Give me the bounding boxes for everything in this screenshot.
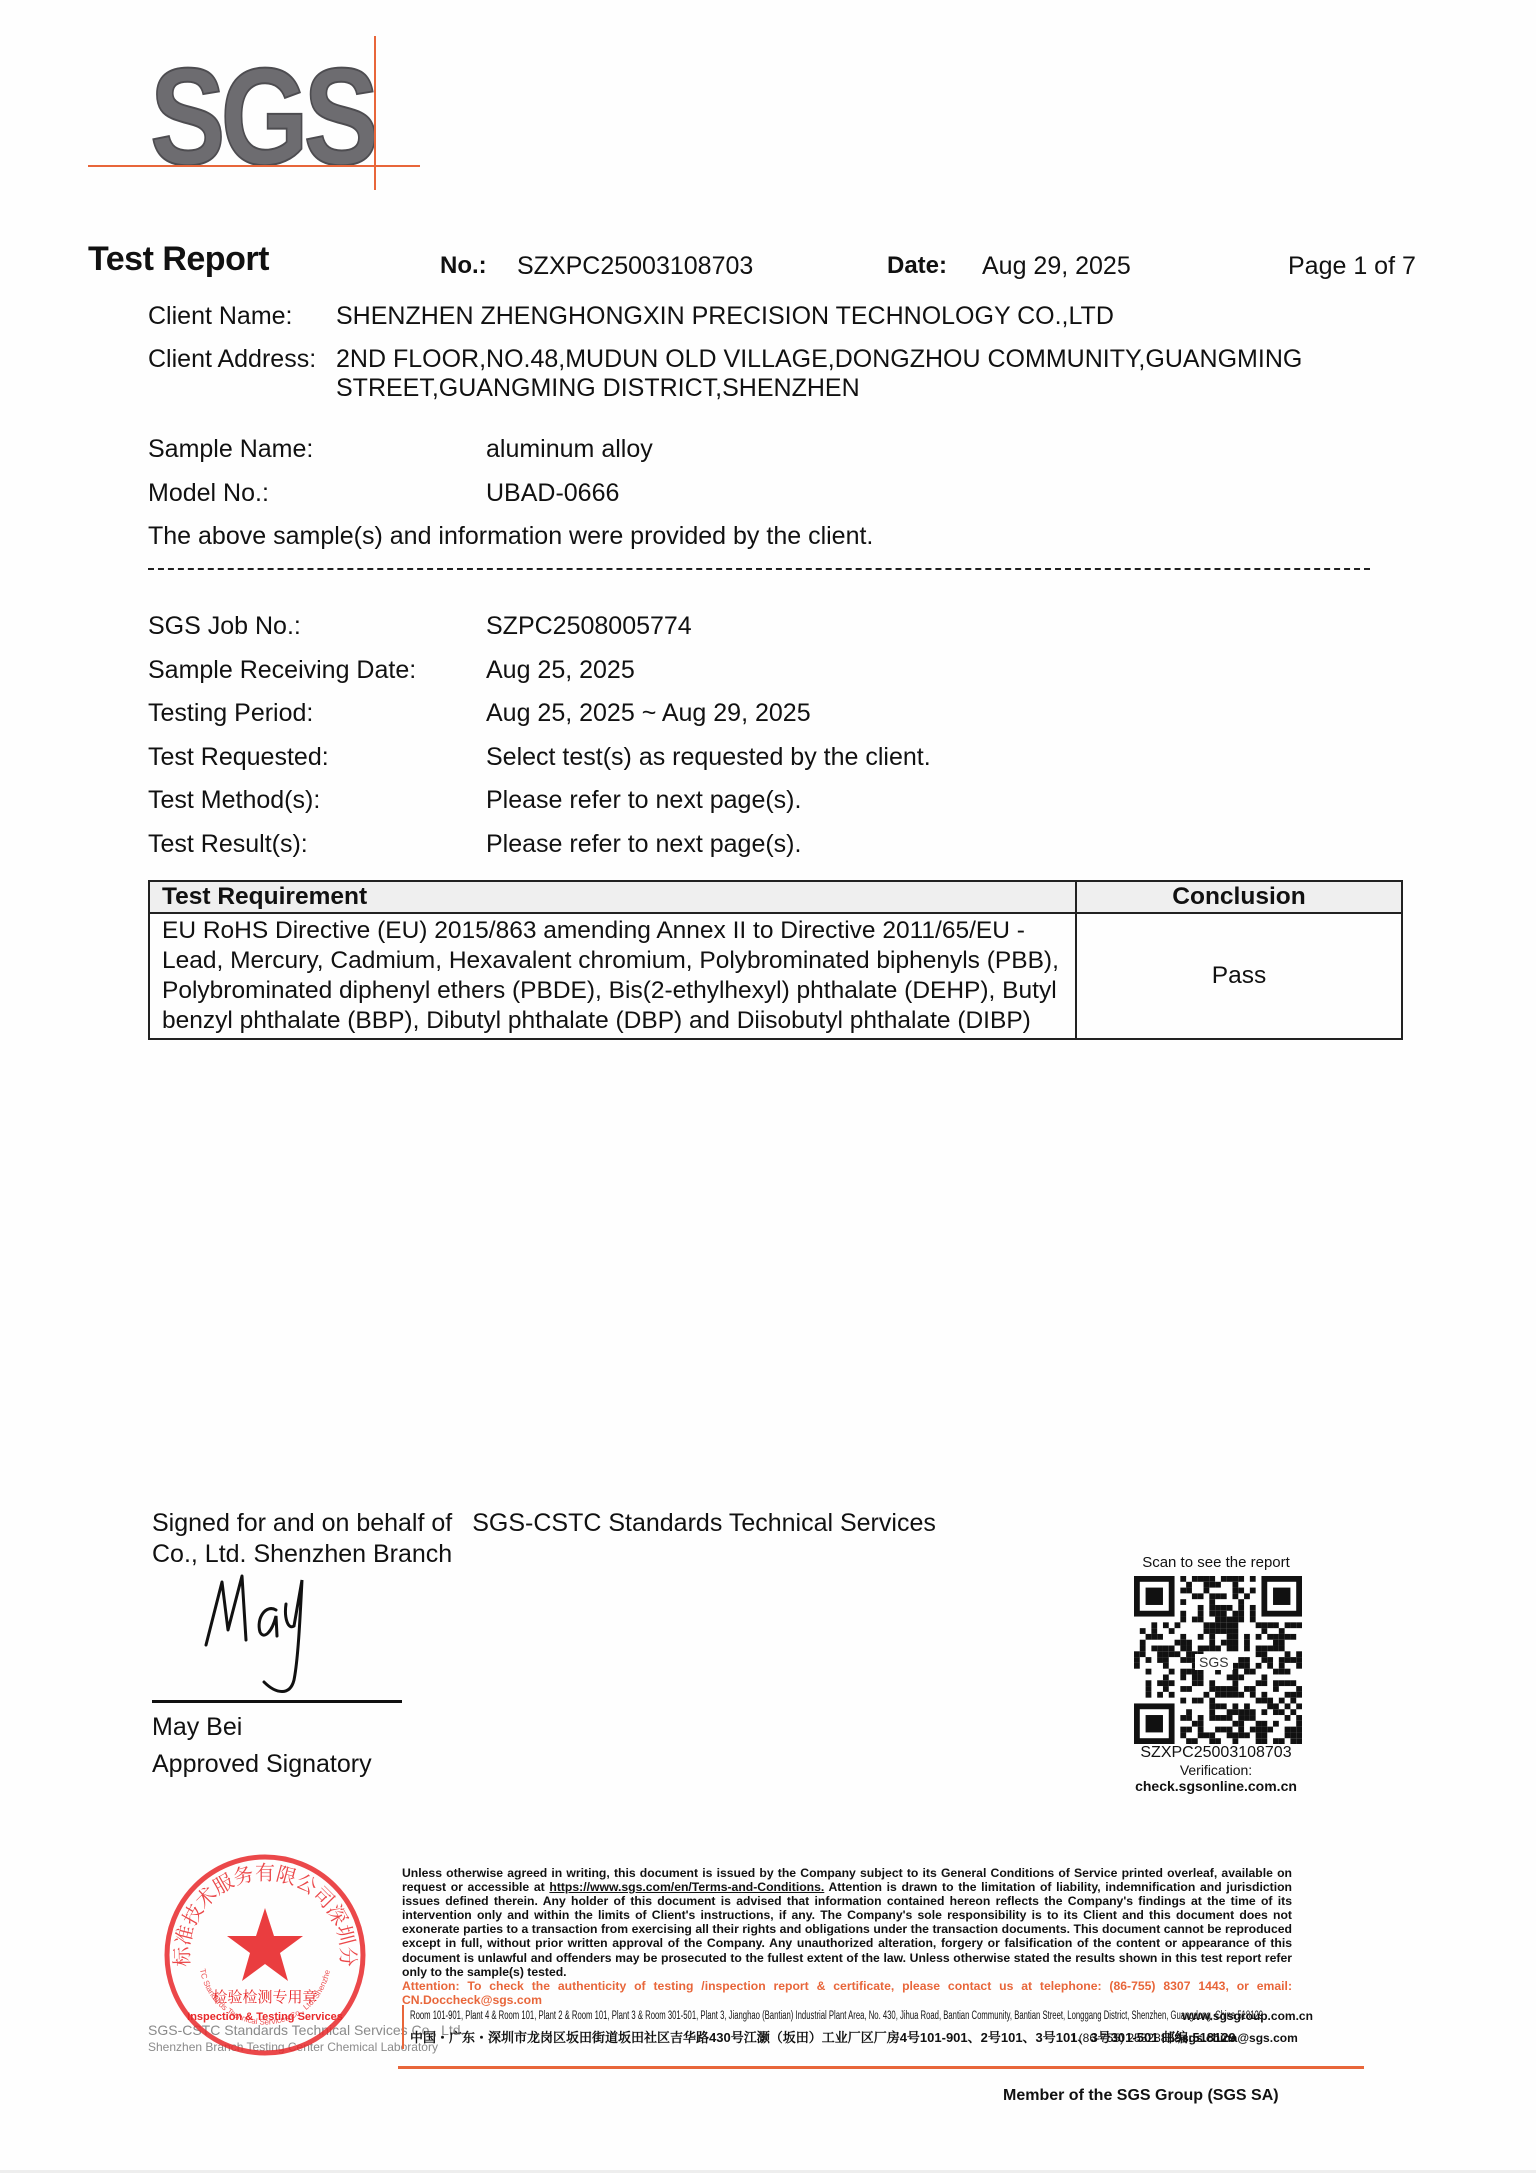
job-field-label: Test Method(s): [148,786,320,815]
report-number-label: No.: [440,252,487,280]
verification-link[interactable]: check.sgsonline.com.cn [1116,1778,1316,1794]
qr-report-number: SZXPC25003108703 [1116,1744,1316,1762]
dashed-separator [148,568,1370,570]
job-field-value: Please refer to next page(s). [486,830,801,859]
footer-email[interactable]: sgs.china@sgs.com [1182,2031,1298,2045]
table-row: EU RoHS Directive (EU) 2015/863 amending… [149,913,1402,1039]
logo-vertical-rule [374,36,376,190]
job-field-value: Aug 25, 2025 ~ Aug 29, 2025 [486,699,811,728]
footer-orange-rule [398,2066,1364,2069]
report-title: Test Report [88,240,269,279]
terms-link[interactable]: https://www.sgs.com/en/Terms-and-Conditi… [549,1880,824,1894]
legal-disclaimer: Unless otherwise agreed in writing, this… [402,1866,1292,2007]
organization-branch: Co., Ltd. Shenzhen Branch [152,1540,452,1568]
provided-by-client-note: The above sample(s) and information were… [148,522,873,551]
sample-name: aluminum alloy [486,435,653,464]
website-link[interactable]: www.sgsgroup.com.cn [1182,2009,1313,2023]
job-field-label: Test Result(s): [148,830,308,859]
svg-text:检验检测专用章: 检验检测专用章 [212,1988,317,2006]
job-field-label: Test Requested: [148,743,329,772]
verification-label: Verification: [1116,1762,1316,1778]
authenticity-attention: Attention: To check the authenticity of … [402,1979,1292,2007]
logo-horizontal-rule [88,165,420,167]
job-field-value: SZPC2508005774 [486,612,692,641]
signer-name: May Bei [152,1713,242,1742]
sample-name-label: Sample Name: [148,435,313,464]
header-test-requirement: Test Requirement [149,881,1076,913]
client-name-label: Client Name: [148,302,293,331]
signed-on-behalf: Signed for and on behalf ofSGS-CSTC Stan… [152,1508,936,1570]
signer-title: Approved Signatory [152,1750,372,1779]
job-field-label: Sample Receiving Date: [148,656,416,685]
signed-for-label: Signed for and on behalf of [152,1509,452,1537]
conclusion-cell: Pass [1076,913,1402,1039]
client-address-line1: 2ND FLOOR,NO.48,MUDUN OLD VILLAGE,DONGZH… [336,345,1302,374]
job-field-label: SGS Job No.: [148,612,301,641]
report-date: Aug 29, 2025 [982,252,1131,281]
qr-caption: Scan to see the report [1116,1554,1316,1571]
footer-telephone: t (86-755) 25328888 [1072,2031,1181,2045]
organization-name: SGS-CSTC Standards Technical Services [472,1509,936,1537]
results-table: Test Requirement Conclusion EU RoHS Dire… [148,880,1403,1040]
header-conclusion: Conclusion [1076,881,1402,913]
handwritten-signature [180,1570,380,1700]
client-address-line2: STREET,GUANGMING DISTRICT,SHENZHEN [336,374,860,403]
client-name: SHENZHEN ZHENGHONGXIN PRECISION TECHNOLO… [336,302,1114,331]
model-number-label: Model No.: [148,479,269,508]
client-address-label: Client Address: [148,345,316,374]
report-number: SZXPC25003108703 [517,252,753,281]
job-field-value: Select test(s) as requested by the clien… [486,743,931,772]
sgs-group-membership: Member of the SGS Group (SGS SA) [1003,2087,1279,2105]
star-icon [227,1908,303,1981]
job-field-label: Testing Period: [148,699,313,728]
model-number: UBAD-0666 [486,479,619,508]
company-seal-stamp: 通标标准技术服务有限公司深圳分公司 检验检测专用章 Inspection & T… [160,1850,370,2060]
job-field-value: Please refer to next page(s). [486,786,801,815]
job-field-value: Aug 25, 2025 [486,656,635,685]
signature-line [152,1700,402,1703]
results-table-header: Test Requirement Conclusion [149,881,1402,913]
test-requirement-cell: EU RoHS Directive (EU) 2015/863 amending… [149,913,1076,1039]
page-indicator: Page 1 of 7 [1288,252,1416,281]
address-english: Room 101-901, Plant 4 & Room 101, Plant … [410,2010,1263,2022]
qr-center-label: SGS [1195,1654,1233,1670]
report-date-label: Date: [887,252,947,280]
